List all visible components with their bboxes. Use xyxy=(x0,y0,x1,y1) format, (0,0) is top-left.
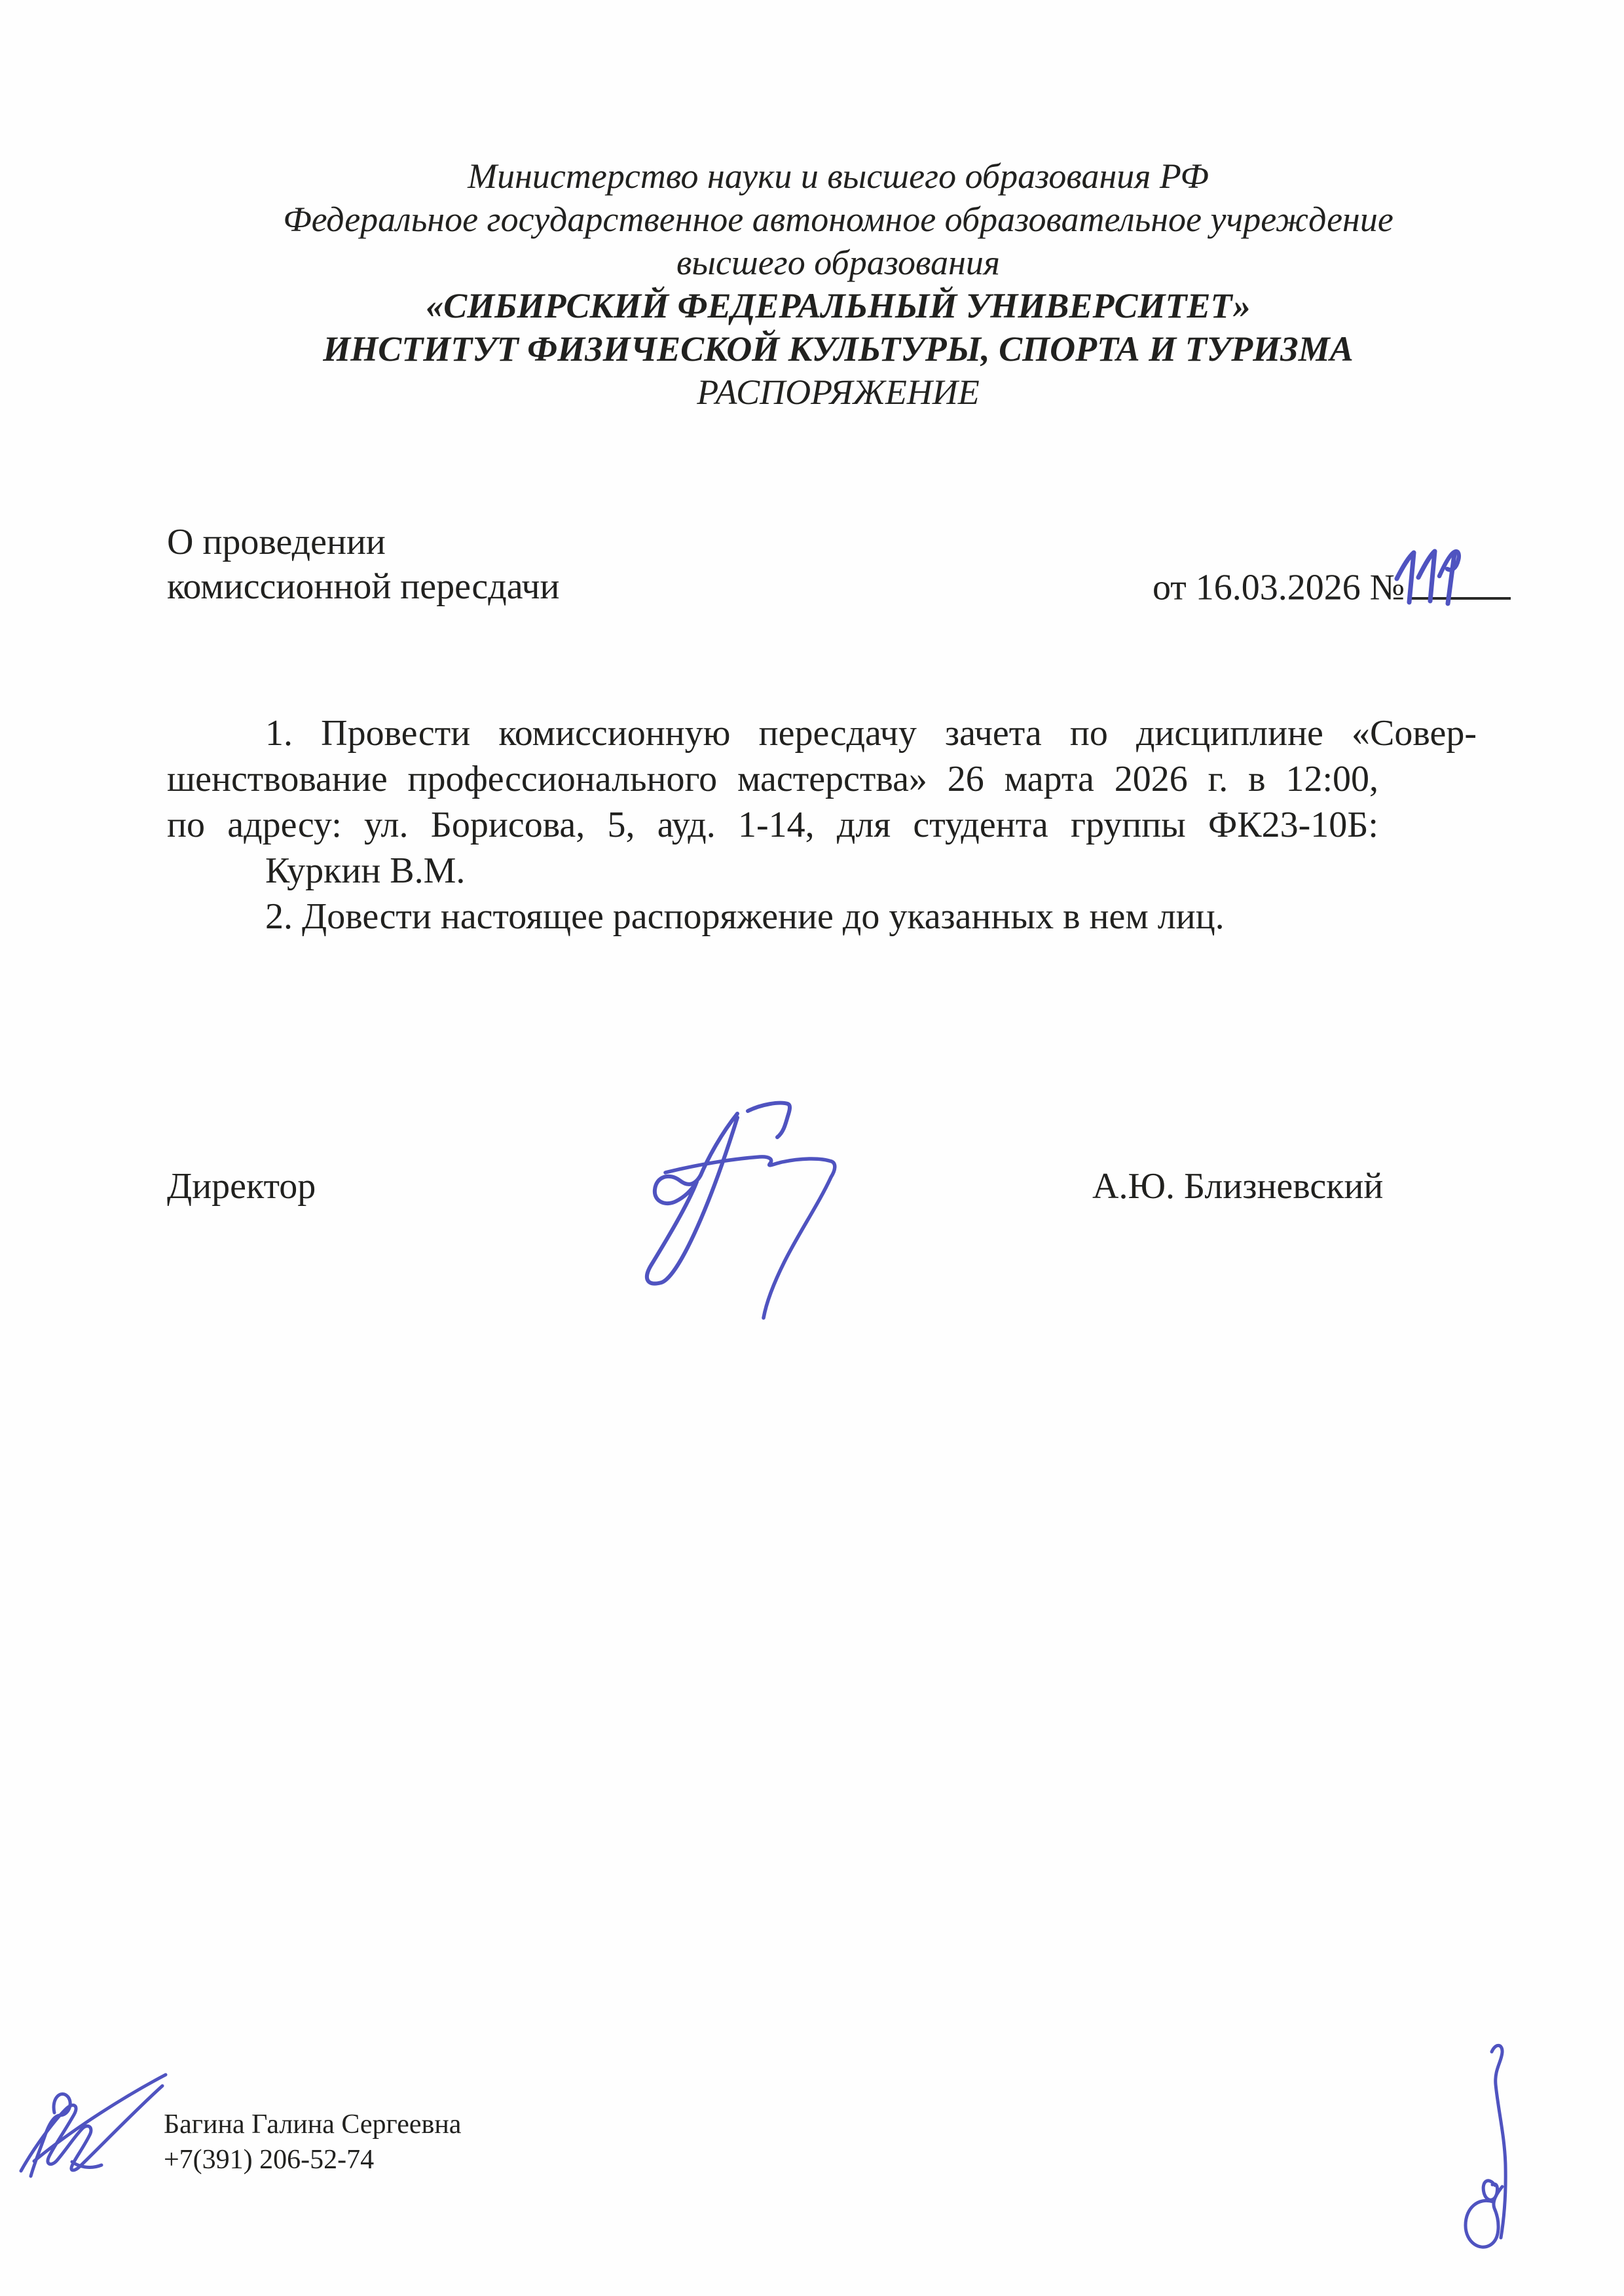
university-name: «СИБИРСКИЙ ФЕДЕРАЛЬНЫЙ УНИВЕРСИТЕТ» xyxy=(105,284,1572,327)
subject-line-1: О проведении xyxy=(167,520,756,564)
director-signature xyxy=(609,1070,891,1358)
date-number-label: от 16.03.2026 № xyxy=(1153,568,1405,608)
order-text: 1. Провести комиссионную пересдачу зачет… xyxy=(167,710,1378,939)
letterhead: Министерство науки и высшего образования… xyxy=(105,155,1572,414)
executor-phone: +7(391) 206-52-74 xyxy=(164,2142,461,2178)
institute-name: ИНСТИТУТ ФИЗИЧЕСКОЙ КУЛЬТУРЫ, СПОРТА И Т… xyxy=(105,327,1572,371)
handwritten-number xyxy=(1393,547,1467,610)
subject-block: О проведении комиссионной пересдачи xyxy=(167,520,756,609)
paraph-signature xyxy=(1455,2037,1543,2260)
signer-position: Директор xyxy=(167,1164,316,1209)
body-line-3: по адресу: ул. Борисова, 5, ауд. 1-14, д… xyxy=(167,802,1378,848)
executor-name: Багина Галина Сергеевна xyxy=(164,2107,461,2142)
ministry-line: Министерство науки и высшего образования… xyxy=(105,155,1572,198)
executor-signature xyxy=(14,2049,179,2185)
document-type-title: РАСПОРЯЖЕНИЕ xyxy=(105,371,1572,414)
signer-name: А.Ю. Близневский xyxy=(1092,1164,1383,1209)
institution-line: Федеральное государственное автономное о… xyxy=(105,198,1572,241)
subject-line-2: комиссионной пересдачи xyxy=(167,564,756,609)
education-level-line: высшего образования xyxy=(105,241,1572,284)
document-page: { "page": { "background_color": "#fefefe… xyxy=(0,0,1624,2296)
body-line-1: 1. Провести комиссионную пересдачу зачет… xyxy=(167,710,1477,756)
body-line-5: 2. Довести настоящее распоряжение до ука… xyxy=(167,894,1477,939)
student-name-line: Куркин В.М. xyxy=(167,848,1477,894)
body-line-2: шенствование профессионального мастерств… xyxy=(167,756,1378,802)
executor-block: Багина Галина Сергеевна +7(391) 206-52-7… xyxy=(164,2107,461,2178)
